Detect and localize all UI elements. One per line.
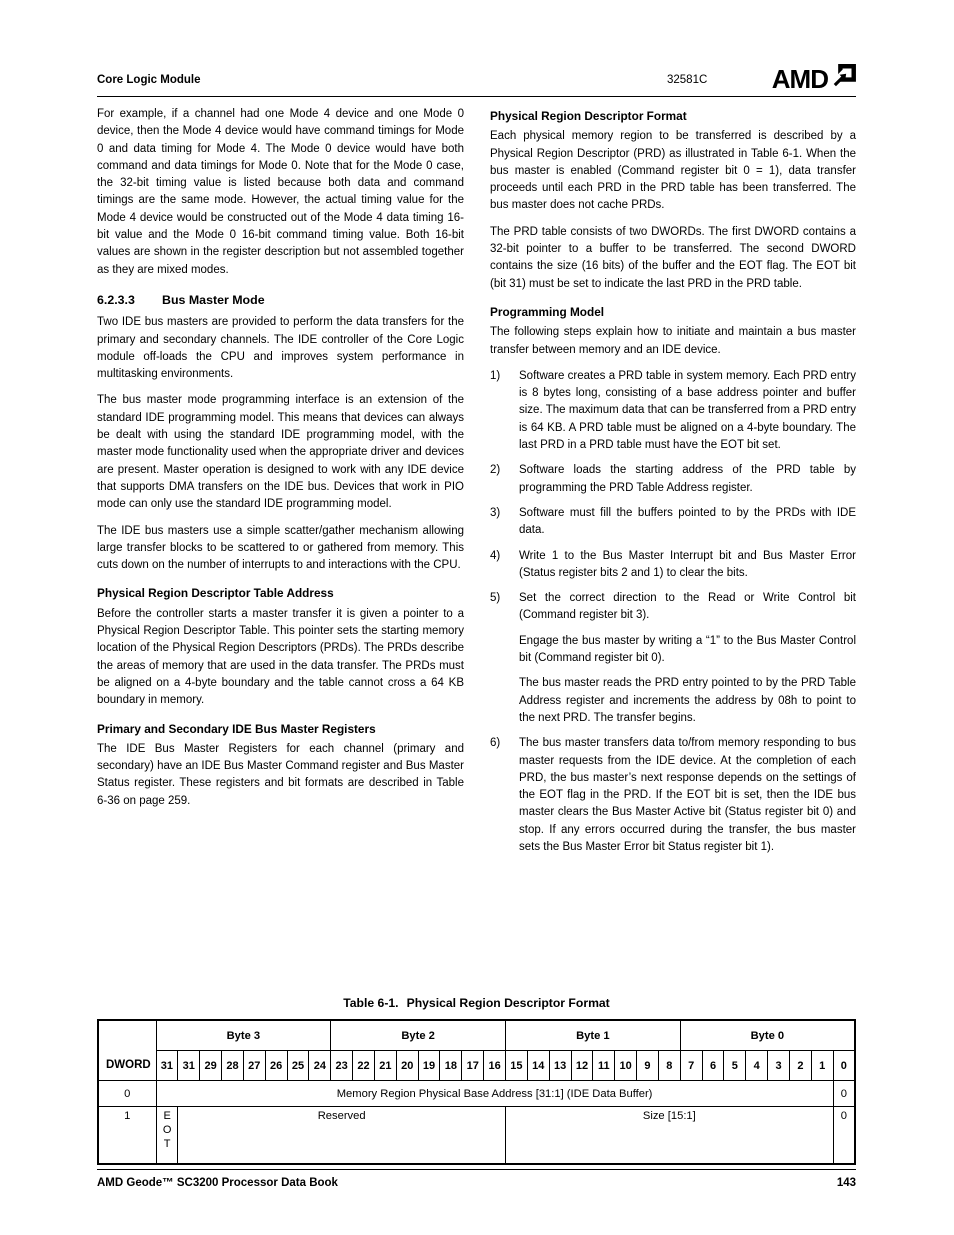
list-item-number: 2) <box>490 462 519 497</box>
bit-label: 20 <box>396 1051 418 1081</box>
list-item-number: 5) <box>490 590 519 727</box>
field-label: Reserved <box>178 1107 506 1165</box>
bit-label: 6 <box>702 1051 724 1081</box>
table-corner-label: DWORD <box>98 1020 156 1081</box>
bit-label: 29 <box>200 1051 222 1081</box>
bit-label: 18 <box>440 1051 462 1081</box>
bit-label: 28 <box>222 1051 244 1081</box>
paragraph: Software creates a PRD table in system m… <box>519 368 856 454</box>
paragraph: Software loads the starting address of t… <box>519 462 856 497</box>
list-item: 4) Write 1 to the Bus Master Interrupt b… <box>490 548 856 583</box>
amd-logo-text: AMD <box>772 66 828 92</box>
list-item: 6) The bus master transfers data to/from… <box>490 735 856 856</box>
bit0-value: 0 <box>833 1107 855 1165</box>
bit-label: 22 <box>353 1051 375 1081</box>
bit-label: 5 <box>724 1051 746 1081</box>
field-label: Memory Region Physical Base Address [31:… <box>156 1081 833 1107</box>
bit-label: 21 <box>374 1051 396 1081</box>
bit-label: 10 <box>615 1051 637 1081</box>
list-item-number: 4) <box>490 548 519 583</box>
bit-label: 3 <box>768 1051 790 1081</box>
header-doc-number: 32581C <box>667 74 707 86</box>
paragraph: The bus master mode programming interfac… <box>97 392 464 513</box>
paragraph: For example, if a channel had one Mode 4… <box>97 106 464 279</box>
paragraph: The PRD table consists of two DWORDs. Th… <box>490 224 856 293</box>
table-caption: Table 6-1.Physical Region Descriptor For… <box>97 996 856 1010</box>
section-heading: 6.2.3.3Bus Master Mode <box>97 292 464 309</box>
bit0-value: 0 <box>833 1081 855 1107</box>
paragraph: The bus master transfers data to/from me… <box>519 735 856 856</box>
header-section-title: Core Logic Module <box>97 74 201 86</box>
bit-label: 1 <box>811 1051 833 1081</box>
eot-label: EOT <box>162 1110 172 1152</box>
bit-label: 11 <box>593 1051 615 1081</box>
list-item: 5) Set the correct direction to the Read… <box>490 590 856 727</box>
paragraph: The following steps explain how to initi… <box>490 324 856 359</box>
bit-label: 16 <box>484 1051 506 1081</box>
bit-label: 17 <box>462 1051 484 1081</box>
paragraph: The bus master reads the PRD entry point… <box>519 675 856 727</box>
dword-index: 0 <box>98 1081 156 1107</box>
bit-label: 8 <box>658 1051 680 1081</box>
list-item: 1) Software creates a PRD table in syste… <box>490 368 856 454</box>
header-rule <box>97 96 856 97</box>
subheading: Primary and Secondary IDE Bus Master Reg… <box>97 721 464 738</box>
byte-header: Byte 2 <box>331 1020 506 1051</box>
eot-field: EOT <box>156 1107 178 1165</box>
bit-label: 19 <box>418 1051 440 1081</box>
list-item-number: 6) <box>490 735 519 856</box>
bit-label: 23 <box>331 1051 353 1081</box>
byte-header: Byte 0 <box>680 1020 855 1051</box>
bit-label: 13 <box>549 1051 571 1081</box>
table-caption-text: Physical Region Descriptor Format <box>407 996 610 1010</box>
bit-label: 9 <box>637 1051 659 1081</box>
paragraph: Before the controller starts a master tr… <box>97 606 464 710</box>
amd-arrow-icon <box>831 64 856 93</box>
table-row: 1 EOT Reserved Size [15:1] 0 <box>98 1107 855 1165</box>
table-row: DWORD Byte 3 Byte 2 Byte 1 Byte 0 <box>98 1020 855 1051</box>
dword-index: 1 <box>98 1107 156 1165</box>
subheading: Physical Region Descriptor Table Address <box>97 585 464 602</box>
bit-label: 26 <box>265 1051 287 1081</box>
bit-label: 25 <box>287 1051 309 1081</box>
list-item-number: 3) <box>490 505 519 540</box>
datasheet-page: Core Logic Module 32581C AMD For example… <box>0 0 954 1235</box>
paragraph: Two IDE bus masters are provided to perf… <box>97 314 464 383</box>
byte-header: Byte 1 <box>506 1020 681 1051</box>
bit-label: 27 <box>243 1051 265 1081</box>
page-header: Core Logic Module 32581C AMD <box>97 62 856 96</box>
bit-label: 31 <box>178 1051 200 1081</box>
bit-label: 12 <box>571 1051 593 1081</box>
section-number: 6.2.3.3 <box>97 292 162 309</box>
bit-label: 0 <box>833 1051 855 1081</box>
paragraph: The IDE bus masters use a simple scatter… <box>97 523 464 575</box>
list-item: 2) Software loads the starting address o… <box>490 462 856 497</box>
subheading: Programming Model <box>490 304 856 321</box>
field-label: Size [15:1] <box>506 1107 834 1165</box>
paragraph: Write 1 to the Bus Master Interrupt bit … <box>519 548 856 583</box>
table-row: 31 31 29 28 27 26 25 24 23 22 21 20 19 1… <box>98 1051 855 1081</box>
prd-format-table-block: Table 6-1.Physical Region Descriptor For… <box>97 996 856 1165</box>
bit-label: 2 <box>789 1051 811 1081</box>
paragraph: The IDE Bus Master Registers for each ch… <box>97 741 464 810</box>
table-caption-number: Table 6-1. <box>343 996 398 1010</box>
right-column: Physical Region Descriptor Format Each p… <box>490 106 856 864</box>
footer-book-title: AMD Geode™ SC3200 Processor Data Book <box>97 1177 338 1189</box>
bit-label: 15 <box>506 1051 528 1081</box>
paragraph: Each physical memory region to be transf… <box>490 128 856 214</box>
list-item: 3) Software must fill the buffers pointe… <box>490 505 856 540</box>
paragraph: Software must fill the buffers pointed t… <box>519 505 856 540</box>
bit-label: 24 <box>309 1051 331 1081</box>
list-item-number: 1) <box>490 368 519 454</box>
bit-label: 4 <box>746 1051 768 1081</box>
footer-rule <box>97 1169 856 1170</box>
bit-label: 14 <box>527 1051 549 1081</box>
byte-header: Byte 3 <box>156 1020 331 1051</box>
paragraph: Engage the bus master by writing a “1” t… <box>519 633 856 668</box>
page-footer: AMD Geode™ SC3200 Processor Data Book 14… <box>97 1177 856 1189</box>
prd-format-table: DWORD Byte 3 Byte 2 Byte 1 Byte 0 31 31 … <box>97 1019 856 1165</box>
footer-page-number: 143 <box>837 1177 856 1189</box>
left-column: For example, if a channel had one Mode 4… <box>97 106 464 819</box>
amd-logo: AMD <box>772 64 856 93</box>
bit-label: 31 <box>156 1051 178 1081</box>
bit-label: 7 <box>680 1051 702 1081</box>
table-row: 0 Memory Region Physical Base Address [3… <box>98 1081 855 1107</box>
section-title: Bus Master Mode <box>162 293 265 307</box>
paragraph: Set the correct direction to the Read or… <box>519 590 856 625</box>
subheading: Physical Region Descriptor Format <box>490 108 856 125</box>
